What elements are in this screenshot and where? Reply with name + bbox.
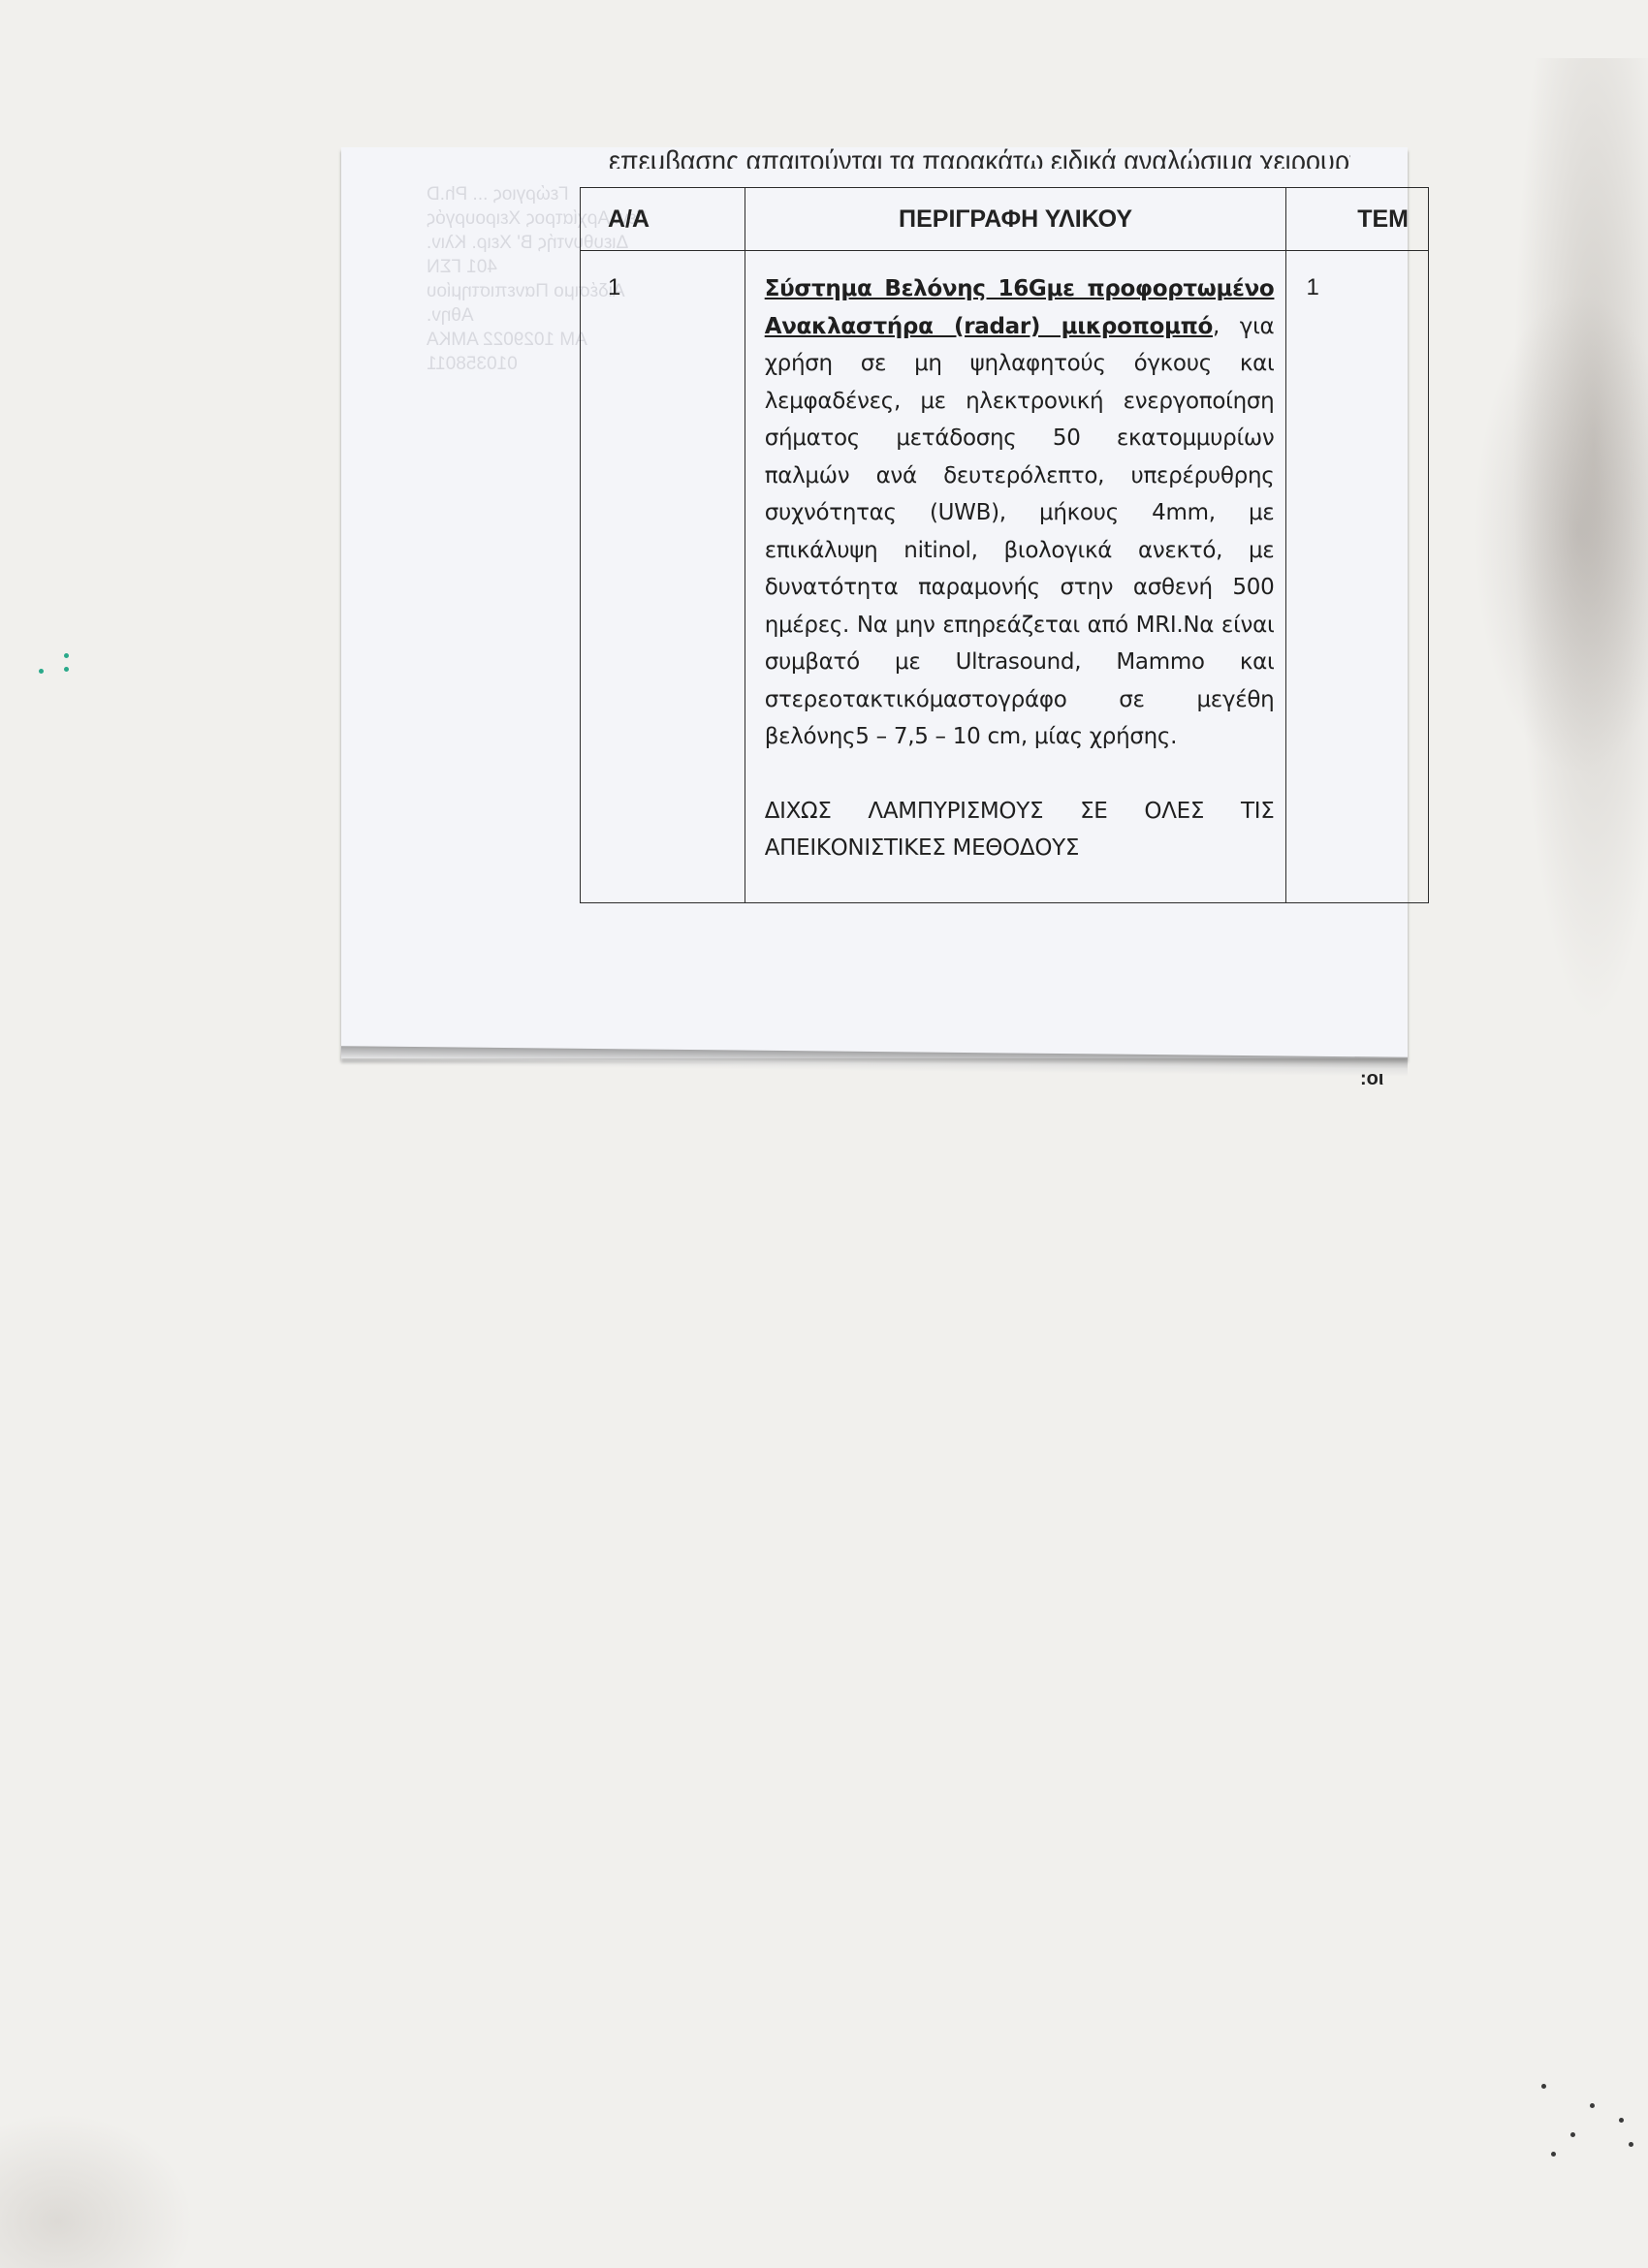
scan-stain	[0, 2113, 194, 2268]
item-title: Σύστημα Βελόνης 16Gμε προφορτωμένο Ανακλ…	[765, 276, 1275, 339]
trailing-text-fragment: :οι	[1360, 1068, 1383, 1090]
intro-text-fragment: επεμβασης απαιτούνται τα παρακάτω ειδικά…	[609, 147, 1350, 169]
table-header-row: Α/Α ΠΕΡΙΓΡΑΦΗ ΥΛΙΚΟΥ ΤΕΜ	[581, 188, 1429, 251]
header-description: ΠΕΡΙΓΡΑΦΗ ΥΛΙΚΟΥ	[745, 188, 1286, 251]
row-number: 1	[581, 251, 745, 903]
header-units: ΤΕΜ	[1286, 188, 1429, 251]
speckle-marks	[1532, 2074, 1648, 2190]
row-units: 1	[1286, 251, 1429, 903]
item-note: ΔΙΧΩΣ ΛΑΜΠΥΡΙΣΜΟΥΣ ΣΕ ΟΛΕΣ ΤΙΣ ΑΠΕΙΚΟΝΙΣ…	[765, 793, 1275, 867]
table-row: 1 Σύστημα Βελόνης 16Gμε προφορτωμένο Ανα…	[581, 251, 1429, 903]
ink-mark	[10, 649, 68, 678]
scan-stain	[1474, 291, 1648, 775]
row-description: Σύστημα Βελόνης 16Gμε προφορτωμένο Ανακλ…	[745, 251, 1286, 903]
item-body: , για χρήση σε μη ψηλαφητούς όγκους και …	[765, 314, 1275, 750]
header-aa: Α/Α	[581, 188, 745, 251]
materials-table: Α/Α ΠΕΡΙΓΡΑΦΗ ΥΛΙΚΟΥ ΤΕΜ 1 Σύστημα Βελόν…	[580, 187, 1429, 903]
